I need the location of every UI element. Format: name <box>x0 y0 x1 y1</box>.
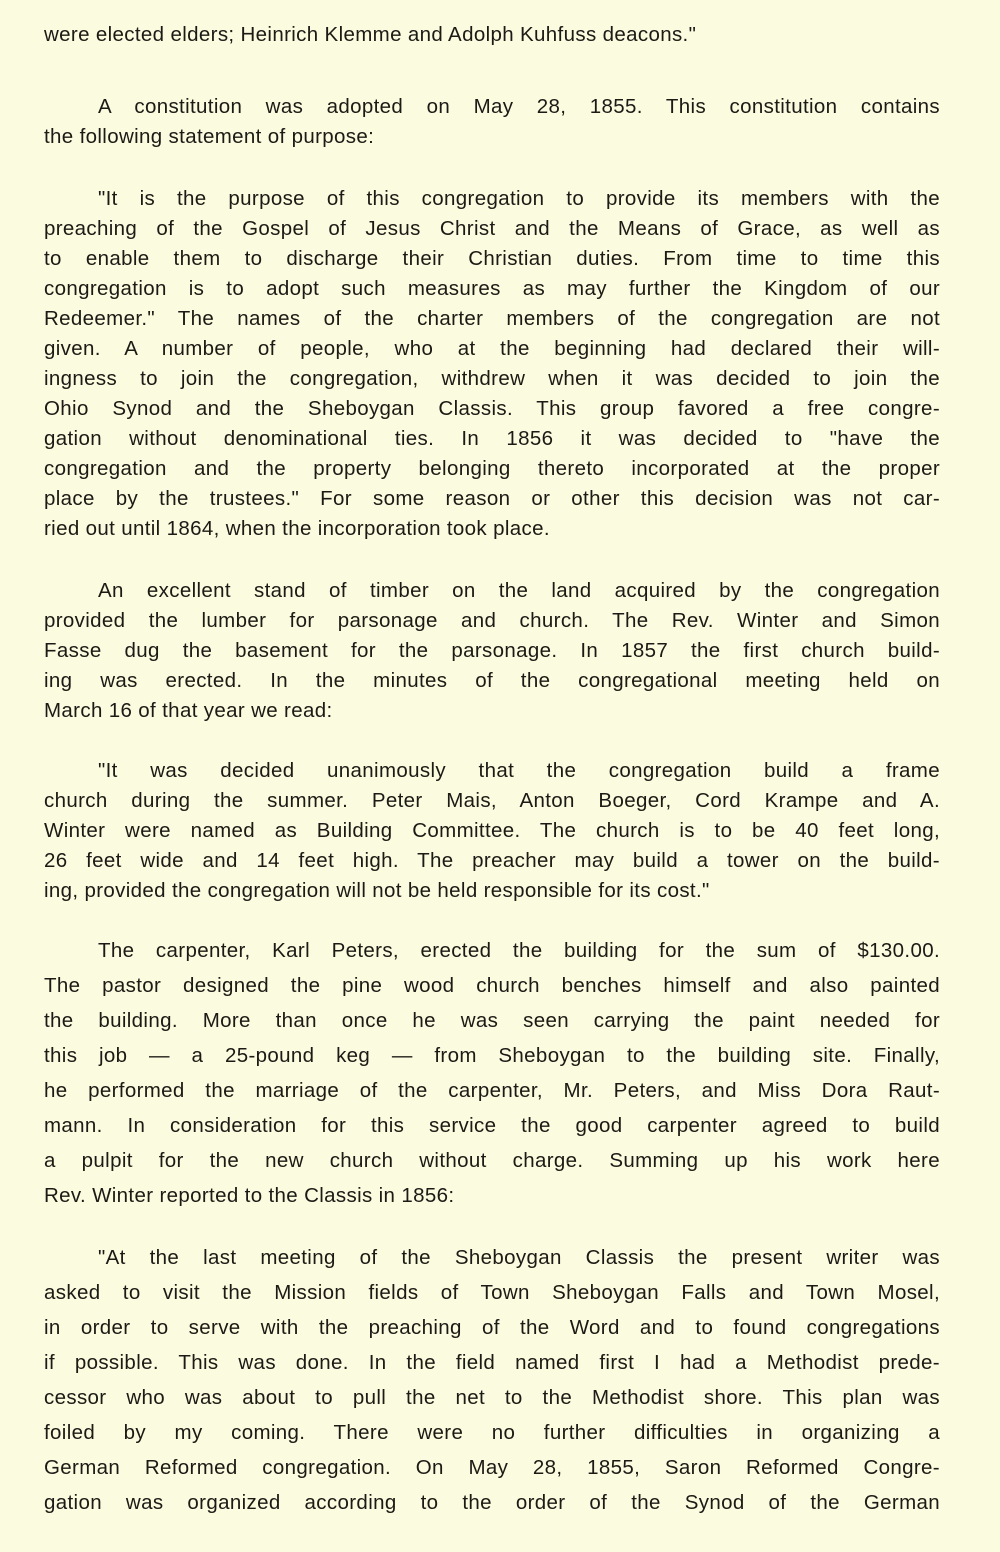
text-line: in order to serve with the preaching of … <box>44 1313 940 1343</box>
text-line: place by the trustees." For some reason … <box>44 484 940 514</box>
text-line: Ohio Synod and the Sheboygan Classis. Th… <box>44 394 940 424</box>
text-line: church during the summer. Peter Mais, An… <box>44 786 940 816</box>
text-line: ried out until 1864, when the incorporat… <box>44 514 940 544</box>
text-line: Rev. Winter reported to the Classis in 1… <box>44 1181 940 1211</box>
text-line: ingness to join the congregation, withdr… <box>44 364 940 394</box>
text-line: foiled by my coming. There were no furth… <box>44 1418 940 1448</box>
text-line: A constitution was adopted on May 28, 18… <box>44 92 940 122</box>
text-line: cessor who was about to pull the net to … <box>44 1383 940 1413</box>
text-line: ing, provided the congregation will not … <box>44 876 940 906</box>
text-line: congregation is to adopt such measures a… <box>44 274 940 304</box>
text-line: Redeemer." The names of the charter memb… <box>44 304 940 334</box>
text-line: a pulpit for the new church without char… <box>44 1146 940 1176</box>
text-line: 26 feet wide and 14 feet high. The preac… <box>44 846 940 876</box>
text-line: were elected elders; Heinrich Klemme and… <box>44 20 940 50</box>
text-line: "It is the purpose of this congregation … <box>44 184 940 214</box>
text-line: he performed the marriage of the carpent… <box>44 1076 940 1106</box>
text-line: given. A number of people, who at the be… <box>44 334 940 364</box>
text-line: to enable them to discharge their Christ… <box>44 244 940 274</box>
text-line: "At the last meeting of the Sheboygan Cl… <box>44 1243 940 1273</box>
text-line: the building. More than once he was seen… <box>44 1006 940 1036</box>
text-line: the following statement of purpose: <box>44 122 940 152</box>
text-line: Fasse dug the basement for the parsonage… <box>44 636 940 666</box>
text-line: The carpenter, Karl Peters, erected the … <box>44 936 940 966</box>
text-line: gation without denominational ties. In 1… <box>44 424 940 454</box>
text-line: The pastor designed the pine wood church… <box>44 971 940 1001</box>
text-line: Winter were named as Building Committee.… <box>44 816 940 846</box>
text-line: asked to visit the Mission fields of Tow… <box>44 1278 940 1308</box>
text-line: provided the lumber for parsonage and ch… <box>44 606 940 636</box>
text-line: An excellent stand of timber on the land… <box>44 576 940 606</box>
text-line: preaching of the Gospel of Jesus Christ … <box>44 214 940 244</box>
text-line: congregation and the property belonging … <box>44 454 940 484</box>
text-line: gation was organized according to the or… <box>44 1488 940 1518</box>
text-line: March 16 of that year we read: <box>44 696 940 726</box>
text-line: "It was decided unanimously that the con… <box>44 756 940 786</box>
text-line: if possible. This was done. In the field… <box>44 1348 940 1378</box>
text-line: German Reformed congregation. On May 28,… <box>44 1453 940 1483</box>
text-line: ing was erected. In the minutes of the c… <box>44 666 940 696</box>
text-line: this job — a 25-pound keg — from Sheboyg… <box>44 1041 940 1071</box>
text-line: mann. In consideration for this service … <box>44 1111 940 1141</box>
